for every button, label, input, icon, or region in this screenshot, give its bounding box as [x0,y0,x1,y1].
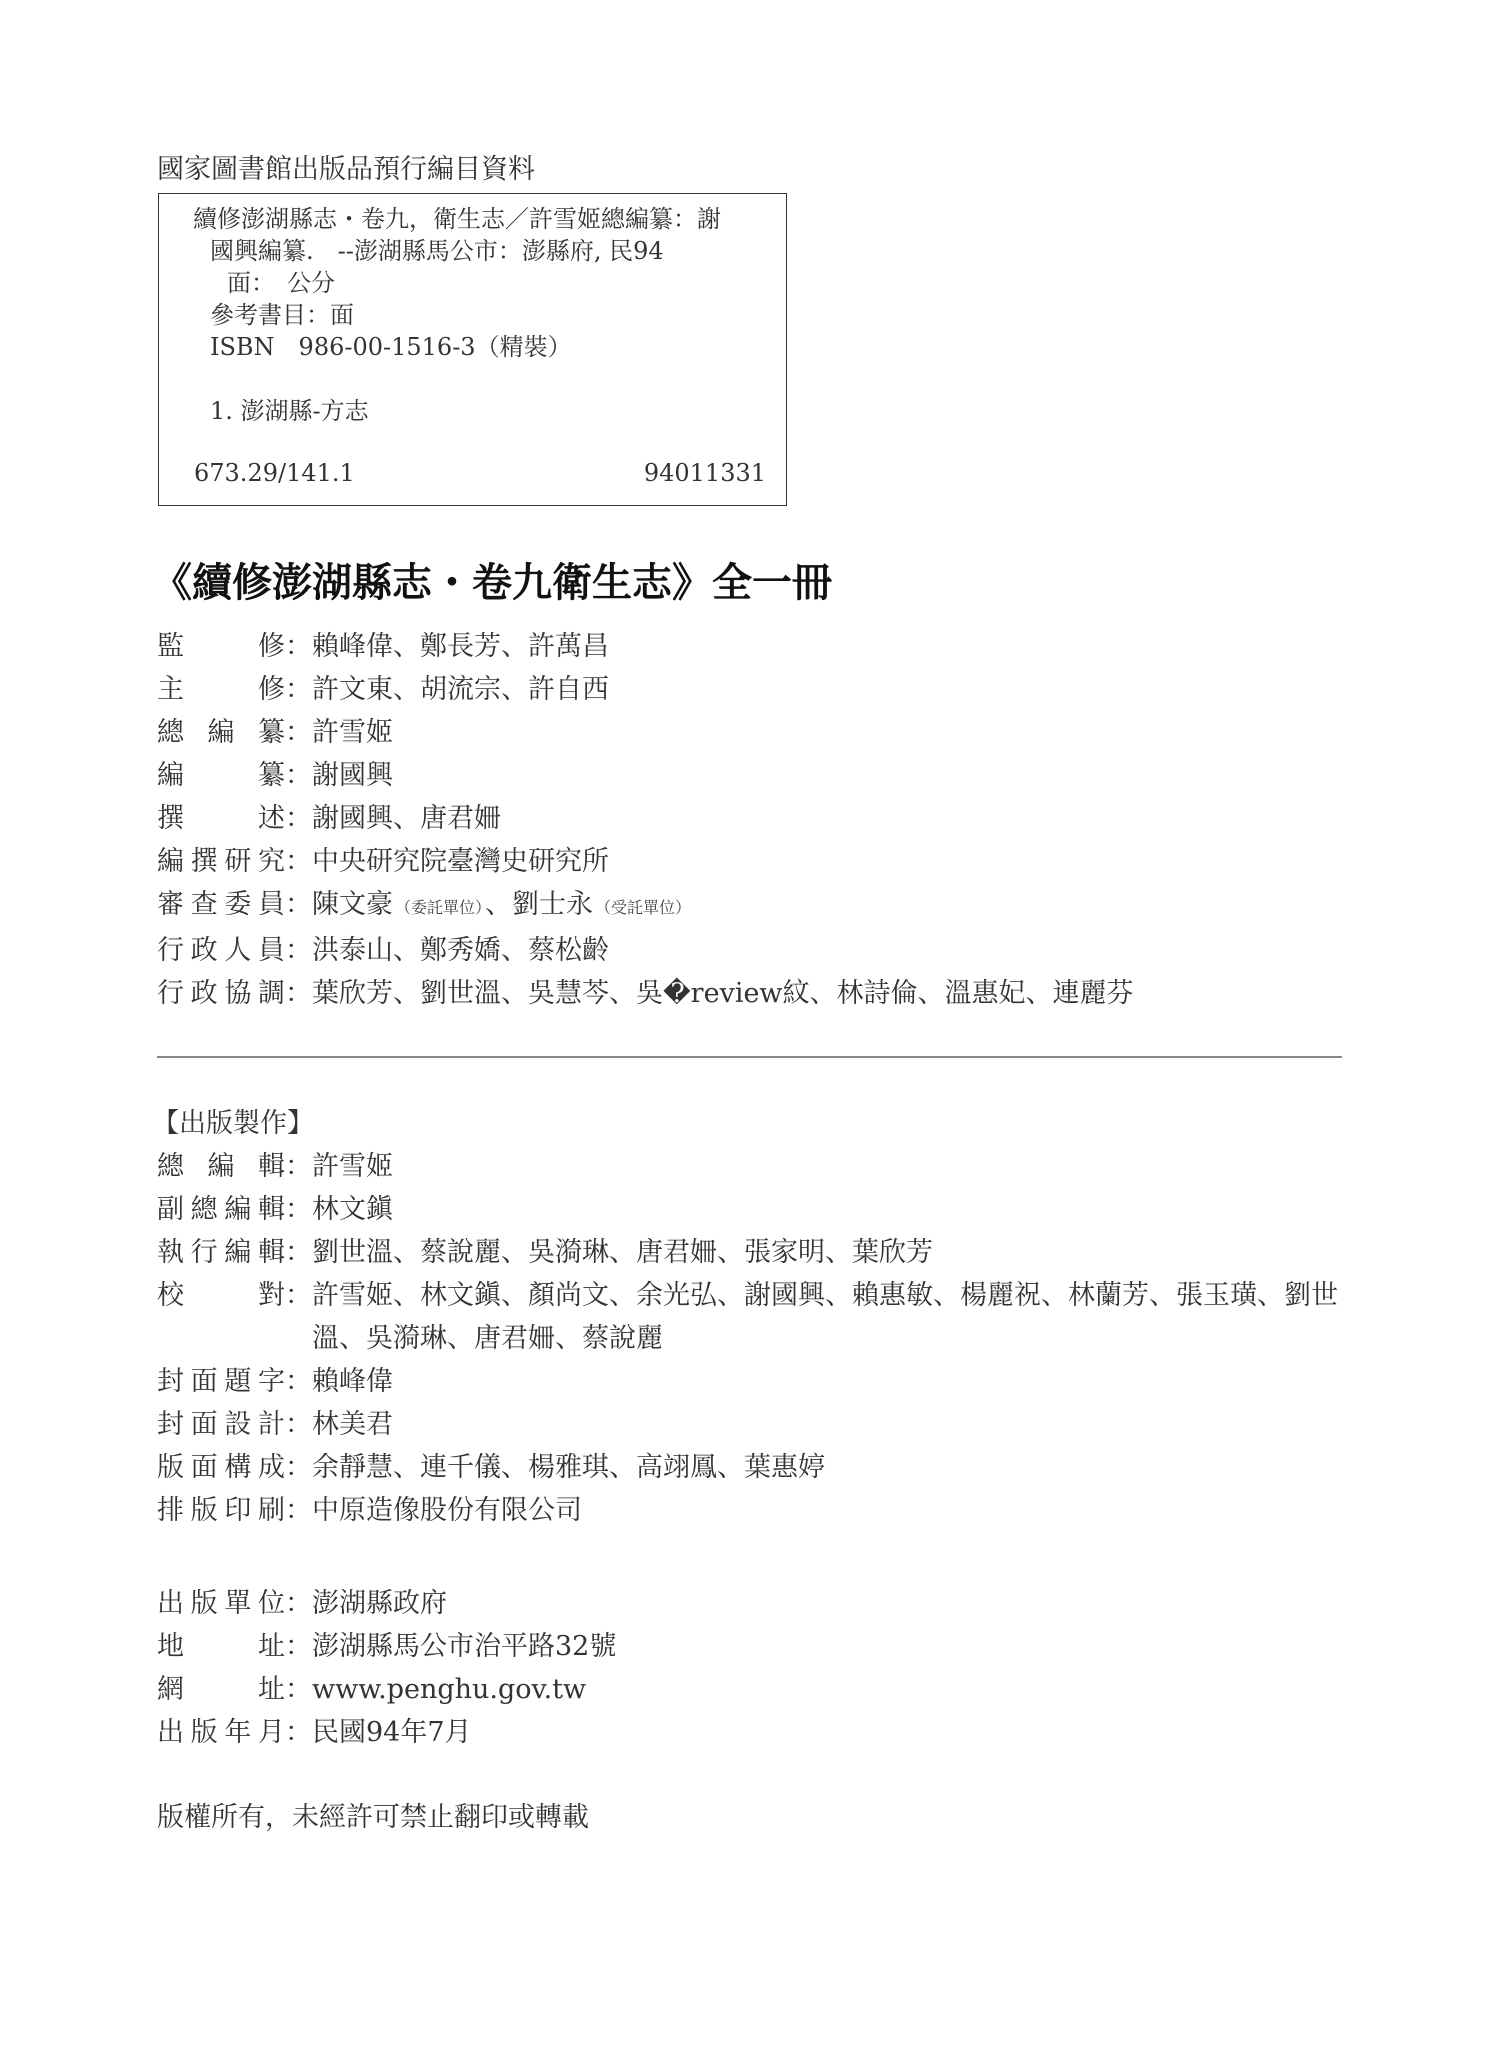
website-link[interactable]: www.penghu.gov.tw [312,1668,586,1711]
cip-record-number: 94011331 [644,459,766,487]
reviewer-note: （受託單位） [595,898,691,917]
credit-label: 地址 [157,1625,285,1668]
credit-value: 謝國興、唐君姍 [312,797,501,840]
production-credits: 總編輯 ： 許雪姬 副總編輯 ： 林文鎭 執行編輯 ： 劉世溫、蔡說麗、吳漪琳、… [157,1145,1372,1532]
credit-label: 版面構成 [157,1446,285,1489]
editorial-credits: 監修 ： 賴峰偉、鄭長芳、許萬昌 主修 ： 許文東、胡流宗、許自西 總編纂 ： … [157,625,1134,1015]
credit-label: 總編輯 [157,1145,285,1188]
credit-row-deputy-editor: 副總編輯 ： 林文鎭 [157,1188,1372,1231]
credit-label: 副總編輯 [157,1188,285,1231]
credit-label: 封面設計 [157,1403,285,1446]
credit-row-chief-editor: 主修 ： 許文東、胡流宗、許自西 [157,668,1134,711]
credit-value: 許雪姬、林文鎭、顏尚文、余光弘、謝國興、賴惠敏、楊麗祝、林蘭芳、張玉璜、劉世溫、… [312,1274,1372,1360]
credit-value: 林文鎭 [312,1188,393,1231]
reviewer-note: （委託單位） [395,898,483,917]
cip-subject: 1. 澎湖縣-方志 [210,396,369,426]
credit-row-publication-date: 出版年月 ： 民國94年7月 [157,1711,616,1754]
credit-label: 執行編輯 [157,1231,285,1274]
credit-value: 賴峰偉 [312,1360,393,1403]
credit-label: 主修 [157,668,285,711]
credit-row-cover-design: 封面設計 ： 林美君 [157,1403,1372,1446]
credit-label: 網址 [157,1668,285,1711]
credit-row-admin-staff: 行政人員 ： 洪泰山、鄭秀嬌、蔡松齡 [157,929,1134,972]
credit-row-compiler: 編纂 ： 謝國興 [157,754,1134,797]
credit-row-admin-coordination: 行政協調 ： 葉欣芳、劉世溫、吳慧芩、吳�review紋、林詩倫、溫惠妃、連麗芬 [157,972,1134,1015]
credit-value: 中央研究院臺灣史研究所 [312,840,609,883]
credit-value: 余靜慧、連千儀、楊雅琪、高翊鳳、葉惠婷 [312,1446,825,1489]
credit-row-reviewers: 審查委員 ： 陳文豪（委託單位）、劉士永（受託單位） [157,883,1134,929]
section-divider [157,1056,1342,1058]
credit-label: 編纂 [157,754,285,797]
cip-line-1: 續修澎湖縣志・卷九，衛生志／許雪姬總編纂：謝 [193,204,721,234]
credit-row-printing: 排版印刷 ： 中原造像股份有限公司 [157,1489,1372,1532]
credit-value: 許雪姬 [312,711,393,754]
credit-row-address: 地址 ： 澎湖縣馬公市治平路32號 [157,1625,616,1668]
credit-row-writers: 撰述 ： 謝國興、唐君姍 [157,797,1134,840]
credit-row-publisher: 出版單位 ： 澎湖縣政府 [157,1582,616,1625]
cip-classification: 673.29/141.1 [194,459,355,487]
credit-value: 洪泰山、鄭秀嬌、蔡松齡 [312,929,609,972]
credit-value: 葉欣芳、劉世溫、吳慧芩、吳�review紋、林詩倫、溫惠妃、連麗芬 [312,972,1134,1015]
credit-value: 中原造像股份有限公司 [312,1489,582,1532]
book-title: 《續修澎湖縣志・卷九衛生志》全一冊 [152,557,832,609]
credit-label: 校對 [157,1274,285,1317]
credit-label: 出版年月 [157,1711,285,1754]
cip-line-4: 參考書目：面 [210,300,354,330]
credit-label: 監修 [157,625,285,668]
credit-value: 林美君 [312,1403,393,1446]
credit-label: 行政協調 [157,972,285,1015]
production-section-title: 【出版製作】 [152,1106,314,1142]
credit-label: 撰述 [157,797,285,840]
credit-row-general-compiler: 總編纂 ： 許雪姬 [157,711,1134,754]
credit-value: 劉世溫、蔡說麗、吳漪琳、唐君姍、張家明、葉欣芳 [312,1231,933,1274]
credit-label: 行政人員 [157,929,285,972]
credit-row-executive-editors: 執行編輯 ： 劉世溫、蔡說麗、吳漪琳、唐君姍、張家明、葉欣芳 [157,1231,1372,1274]
credit-value: 民國94年7月 [312,1711,472,1754]
credit-row-layout: 版面構成 ： 余靜慧、連千儀、楊雅琪、高翊鳳、葉惠婷 [157,1446,1372,1489]
credit-label: 排版印刷 [157,1489,285,1532]
credit-value: 澎湖縣馬公市治平路32號 [312,1625,616,1668]
credit-row-research: 編撰研究 ： 中央研究院臺灣史研究所 [157,840,1134,883]
credit-value: 許雪姬 [312,1145,393,1188]
credit-row-proofreaders: 校對 ： 許雪姬、林文鎭、顏尚文、余光弘、謝國興、賴惠敏、楊麗祝、林蘭芳、張玉璜… [157,1274,1372,1360]
copyright-notice: 版權所有，未經許可禁止翻印或轉載 [157,1800,589,1836]
credit-value: 謝國興 [312,754,393,797]
cip-line-3: 面： 公分 [227,268,335,298]
credit-value: 澎湖縣政府 [312,1582,447,1625]
publisher-info: 出版單位 ： 澎湖縣政府 地址 ： 澎湖縣馬公市治平路32號 網址 ： www.… [157,1582,616,1754]
credit-label: 封面題字 [157,1360,285,1403]
credit-row-website: 網址 ： www.penghu.gov.tw [157,1668,616,1711]
credit-label: 審查委員 [157,883,285,926]
cip-record-box: 續修澎湖縣志・卷九，衛生志／許雪姬總編纂：謝 國興編纂. --澎湖縣馬公市：澎縣… [158,193,787,506]
cip-line-2: 國興編纂. --澎湖縣馬公市：澎縣府, 民94 [210,236,664,266]
cip-heading: 國家圖書館出版品預行編目資料 [157,152,535,188]
cip-isbn: ISBN 986-00-1516-3（精裝） [210,332,572,362]
credit-label: 總編纂 [157,711,285,754]
credit-value: 陳文豪（委託單位）、劉士永（受託單位） [312,883,693,929]
credit-value: 許文東、胡流宗、許自西 [312,668,609,711]
credit-row-editor-in-chief: 總編輯 ： 許雪姬 [157,1145,1372,1188]
credit-value: 賴峰偉、鄭長芳、許萬昌 [312,625,609,668]
credit-row-supervisor: 監修 ： 賴峰偉、鄭長芳、許萬昌 [157,625,1134,668]
credit-label: 編撰研究 [157,840,285,883]
credit-row-cover-calligraphy: 封面題字 ： 賴峰偉 [157,1360,1372,1403]
credit-label: 出版單位 [157,1582,285,1625]
